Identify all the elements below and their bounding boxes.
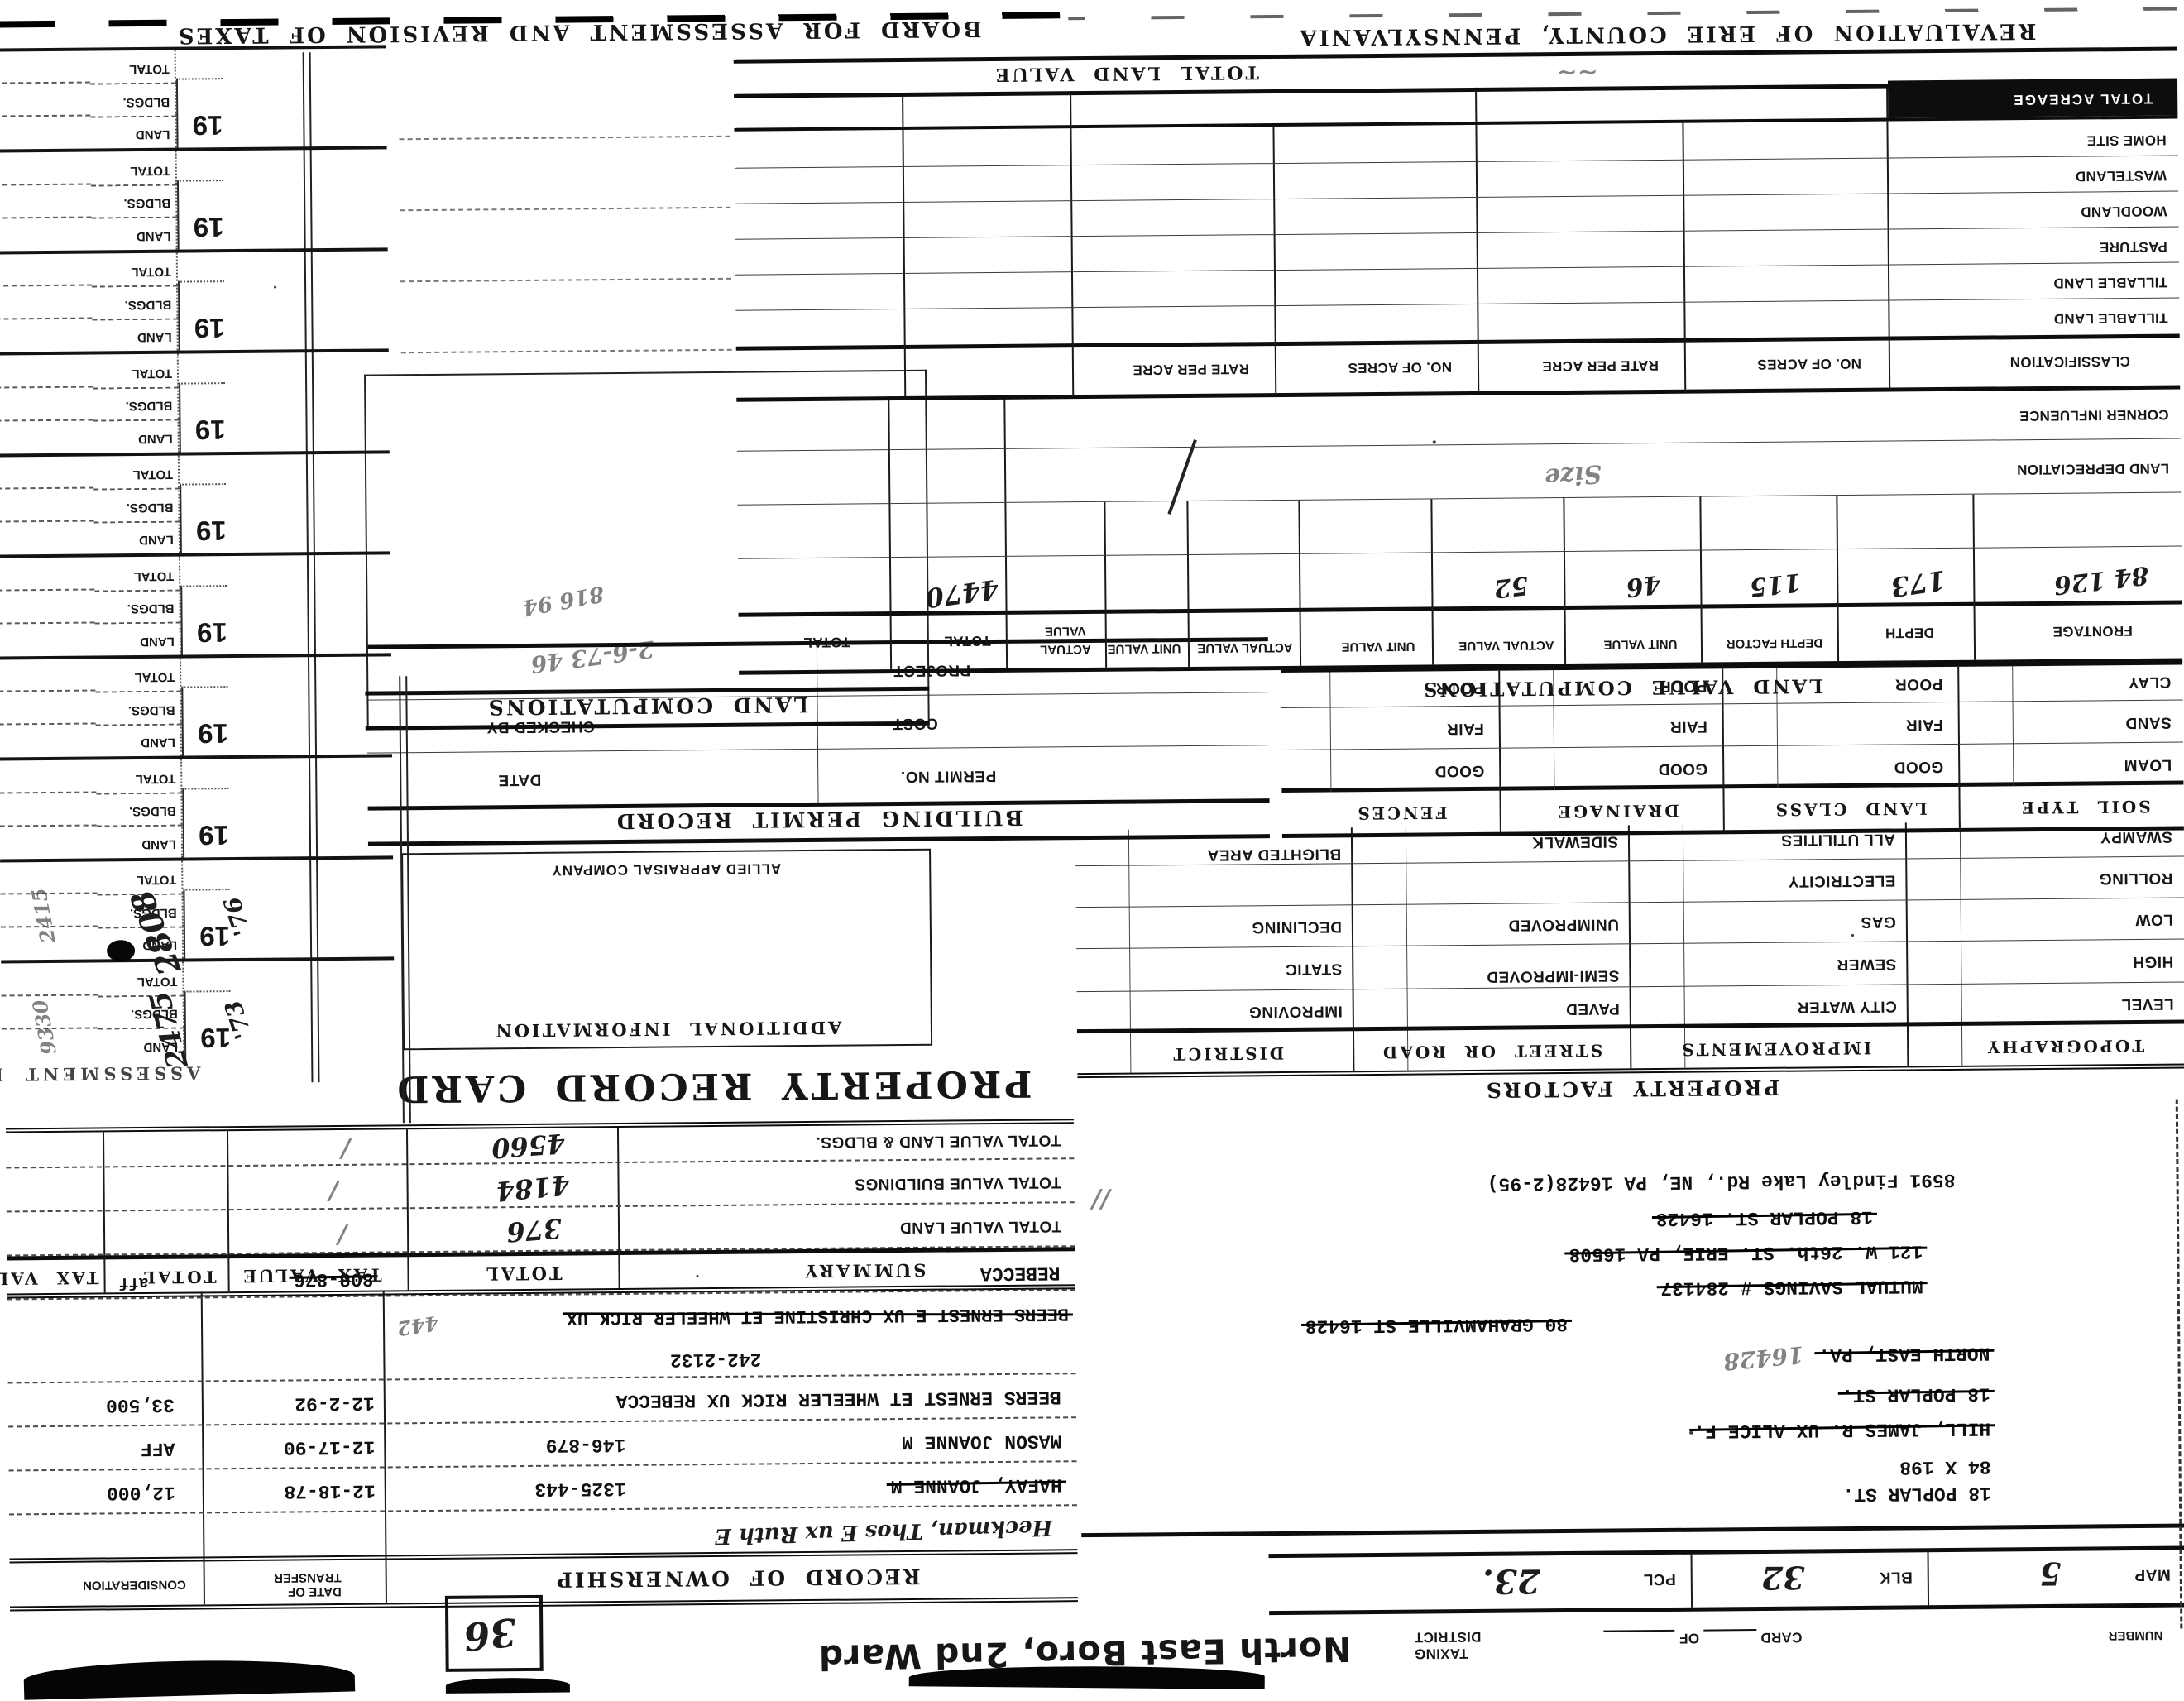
address-block: 18 POPLAR ST. 84 X 198 HILL, JAMES R. UX…: [1087, 1168, 2025, 1518]
faint-line: [400, 136, 730, 140]
assessment-block: 19 LAND BLDGS. TOTAL: [0, 755, 393, 860]
number-label: NUMBER: [2108, 1628, 2162, 1643]
frontage-value: 84 126: [2052, 560, 2150, 600]
year-cell: 19: [180, 585, 227, 654]
assessment-block: 19 LAND BLDGS. TOTAL: [0, 552, 391, 657]
bldgs-label: BLDGS.: [129, 804, 176, 818]
assessment-block: 19 LAND BLDGS. TOTAL: [0, 247, 389, 352]
total-label: TOTAL: [130, 164, 170, 178]
land-value-computations-title: LAND VALUE COMPUTATIONS: [1421, 674, 1823, 700]
map-strip: MAP 5 BLK 32 PCL 23.: [1268, 1546, 2184, 1616]
date-of-transfer-header: DATE OFTRANSFER: [274, 1570, 342, 1599]
total-label: TOTAL: [131, 265, 171, 279]
actual-value: 52: [1492, 570, 1530, 603]
assessment-block: 19 LAND BLDGS. TOTAL: [0, 349, 390, 454]
ownership-row: BEERS ERNEST ET WHEELER RICK UX REBECCA …: [8, 1373, 1076, 1426]
page-title: PROPERTY RECORD CARD: [394, 1062, 1032, 1110]
address-line: NORTH EAST, PA. 16428: [1723, 1343, 1990, 1373]
ownership-row: HAFAY, JOANNE M 1325-443 12-18-78 12,000: [9, 1461, 1077, 1514]
address-line: MUTUAL SAVINGS # 284137: [1660, 1275, 1923, 1299]
total-label: TOTAL: [132, 367, 172, 381]
total-label: TOTAL: [136, 772, 176, 786]
year-cell: 19: [182, 788, 229, 857]
land-computations-title: LAND COMPUTATIONS: [365, 692, 929, 726]
land-label: LAND: [138, 432, 173, 446]
total-value: 4470: [923, 573, 1000, 614]
ownership-title: RECORD OF OWNERSHIP: [554, 1564, 921, 1592]
address-line: 18 POPLAR ST. 16428: [1656, 1206, 1873, 1229]
year-cell: 19: [176, 79, 223, 148]
summary-row: TOTAL VALUE BUILDINGS 4184 /: [6, 1158, 1074, 1211]
soil-row: SAND FAIR FAIR FAIR: [1281, 700, 2183, 750]
bldgs-label: BLDGS.: [122, 95, 170, 109]
bldgs-label: BLDGS.: [126, 399, 173, 413]
blk-value: 32: [1761, 1560, 1805, 1597]
land-label: LAND: [141, 736, 175, 750]
assessment-block: 19 LAND BLDGS. TOTAL: [0, 146, 388, 252]
land-value-computations-table: FRONTAGE DEPTH DEPTH FACTOR UNIT VALUE A…: [736, 390, 2182, 675]
depth-factor-value: 115: [1748, 567, 1803, 601]
faint-line: [400, 207, 730, 211]
acreage-table: CLASSIFICATION NO. OF ACRES RATE PER ACR…: [734, 86, 2180, 402]
land-comp-note: 2-6-73 46: [529, 635, 656, 678]
land-label: LAND: [141, 837, 176, 851]
revaluation-line: REVALUATION OF ERIE COUNTY, PENNSYLVANIA: [1297, 18, 2036, 50]
card-number: 36: [461, 1609, 519, 1660]
map-value: 5: [2039, 1555, 2062, 1593]
ink-blot: [107, 940, 135, 961]
additional-information-box: ADDITIONAL INFORMATION ALLIED APPRAISAL …: [401, 849, 932, 1051]
blk-label: BLK: [1879, 1567, 1913, 1585]
assessment-block: 19 LAND BLDGS. TOTAL: [0, 45, 387, 150]
summary-table: SUMMARY TOTAL TAX VALUE TOTAL TAX VALUE …: [6, 1119, 1075, 1298]
year-cell: 19: [180, 484, 227, 553]
bldgs-label: BLDGS.: [128, 703, 175, 717]
year-cell: 19: [178, 281, 225, 351]
land-label: LAND: [136, 229, 171, 243]
land-label: LAND: [140, 635, 175, 649]
property-record-card-sheet: NUMBER CARD OF TAXING DISTRICT North Eas…: [0, 0, 2184, 1688]
total-acreage-label: TOTAL ACREAGE: [2012, 90, 2153, 108]
bldgs-label: BLDGS.: [127, 501, 174, 515]
faint-line: [401, 349, 732, 353]
scan-artifact: [23, 1656, 355, 1688]
summary-tax-header: TAX VALUE: [241, 1265, 381, 1287]
summary-row: TOTAL VALUE LAND 376 /: [7, 1202, 1075, 1255]
card-label: CARD: [1760, 1630, 1802, 1646]
unit-value: 46: [1624, 569, 1662, 602]
scan-artifact: [446, 1678, 570, 1688]
bldgs-label: BLDGS.: [123, 196, 170, 210]
bldgs-label: BLDGS.: [127, 601, 175, 616]
faint-line: [400, 278, 731, 282]
permit-title: BUILDING PERMIT RECORD: [368, 803, 1270, 842]
permit-no-label: PERMIT NO.: [900, 766, 996, 785]
total-label: TOTAL: [132, 467, 173, 482]
address-line: 80 GRAHAMVILLE ST 16428: [1305, 1313, 1569, 1337]
bldgs-label: BLDGS.: [125, 298, 172, 312]
address-line: 18 POPLAR ST.: [1842, 1383, 1990, 1406]
address-line: 18 POPLAR ST.: [1090, 1483, 1991, 1512]
date-label: DATE: [498, 770, 542, 788]
total-label: TOTAL: [129, 62, 170, 76]
pcl-label: PCL: [1643, 1569, 1676, 1588]
land-label: LAND: [137, 330, 172, 344]
header-rule: [1081, 1523, 2184, 1537]
dimensions-line: 84 X 198: [1090, 1456, 1991, 1486]
property-factors: PROPERTY FACTORS TOPOGRAPHY IMPROVEMENTS…: [1075, 820, 2184, 1110]
assessment-block: 19 LAND BLDGS. TOTAL: [0, 855, 394, 961]
depreciation-note: Size: [1544, 458, 1603, 491]
ownership-row: Heckman, Thos E ux Ruth E: [9, 1505, 1077, 1558]
of-blank: [1604, 1630, 1675, 1647]
address-line: HILL, JAMES R. UX ALICE F.: [1693, 1418, 1990, 1442]
total-land-value-label: TOTAL LAND VALUE: [994, 61, 1259, 85]
ownership-row: MASON JOANNE M 146-879 12-17-90 AFF: [8, 1417, 1076, 1470]
address-line: 121 W. 26th. ST. ERIE, PA 16508: [1569, 1240, 1923, 1265]
land-comp-note: 816 94: [520, 581, 606, 621]
land-label: LAND: [136, 127, 170, 141]
consideration-header: CONSIDERATION: [83, 1578, 186, 1593]
total-label: TOTAL: [133, 569, 174, 583]
soil-row: LOAM GOOD GOOD GOOD: [1281, 742, 2183, 793]
assessment-record: 19 LAND BLDGS. TOTAL 19 LAND BLDGS. TOTA…: [0, 45, 395, 1061]
year-cell: 19: [179, 382, 226, 452]
appraisal-company: ALLIED APPRAISAL COMPANY: [403, 859, 929, 880]
year-cell: 19: [177, 180, 224, 249]
total-label: TOTAL: [135, 670, 175, 684]
pcl-value: 23.: [1482, 1561, 1540, 1601]
mailing-address-line: 8591 Findley Lake Rd., NE, PA 16428(2-95…: [1487, 1169, 1956, 1195]
card-of: CARD OF: [1604, 1629, 1803, 1647]
summary-tax2-header: TAX VALUE: [0, 1267, 99, 1288]
taxing-district-label: TAXING DISTRICT: [1414, 1628, 1481, 1662]
assessment-block: 19 LAND BLDGS. TOTAL: [0, 653, 392, 758]
summary-total-header: TOTAL: [484, 1263, 563, 1285]
year-cell: 19: [181, 687, 228, 756]
summary-title: SUMMARY: [802, 1260, 926, 1282]
of-label: OF: [1679, 1631, 1699, 1646]
additional-information-title: ADDITIONAL INFORMATION: [405, 1017, 931, 1049]
depth-value: 173: [1889, 564, 1948, 603]
land-label: LAND: [139, 533, 174, 547]
map-label: MAP: [2134, 1565, 2171, 1584]
card-blank: [1703, 1629, 1756, 1646]
summary-total2-header: TOTAL: [141, 1267, 217, 1287]
ownership-table: RECORD OF OWNERSHIP DATE OFTRANSFER CONS…: [7, 1289, 1078, 1611]
slash-mark: [1167, 439, 1196, 515]
assessment-block: 19 LAND BLDGS. TOTAL: [0, 450, 390, 555]
